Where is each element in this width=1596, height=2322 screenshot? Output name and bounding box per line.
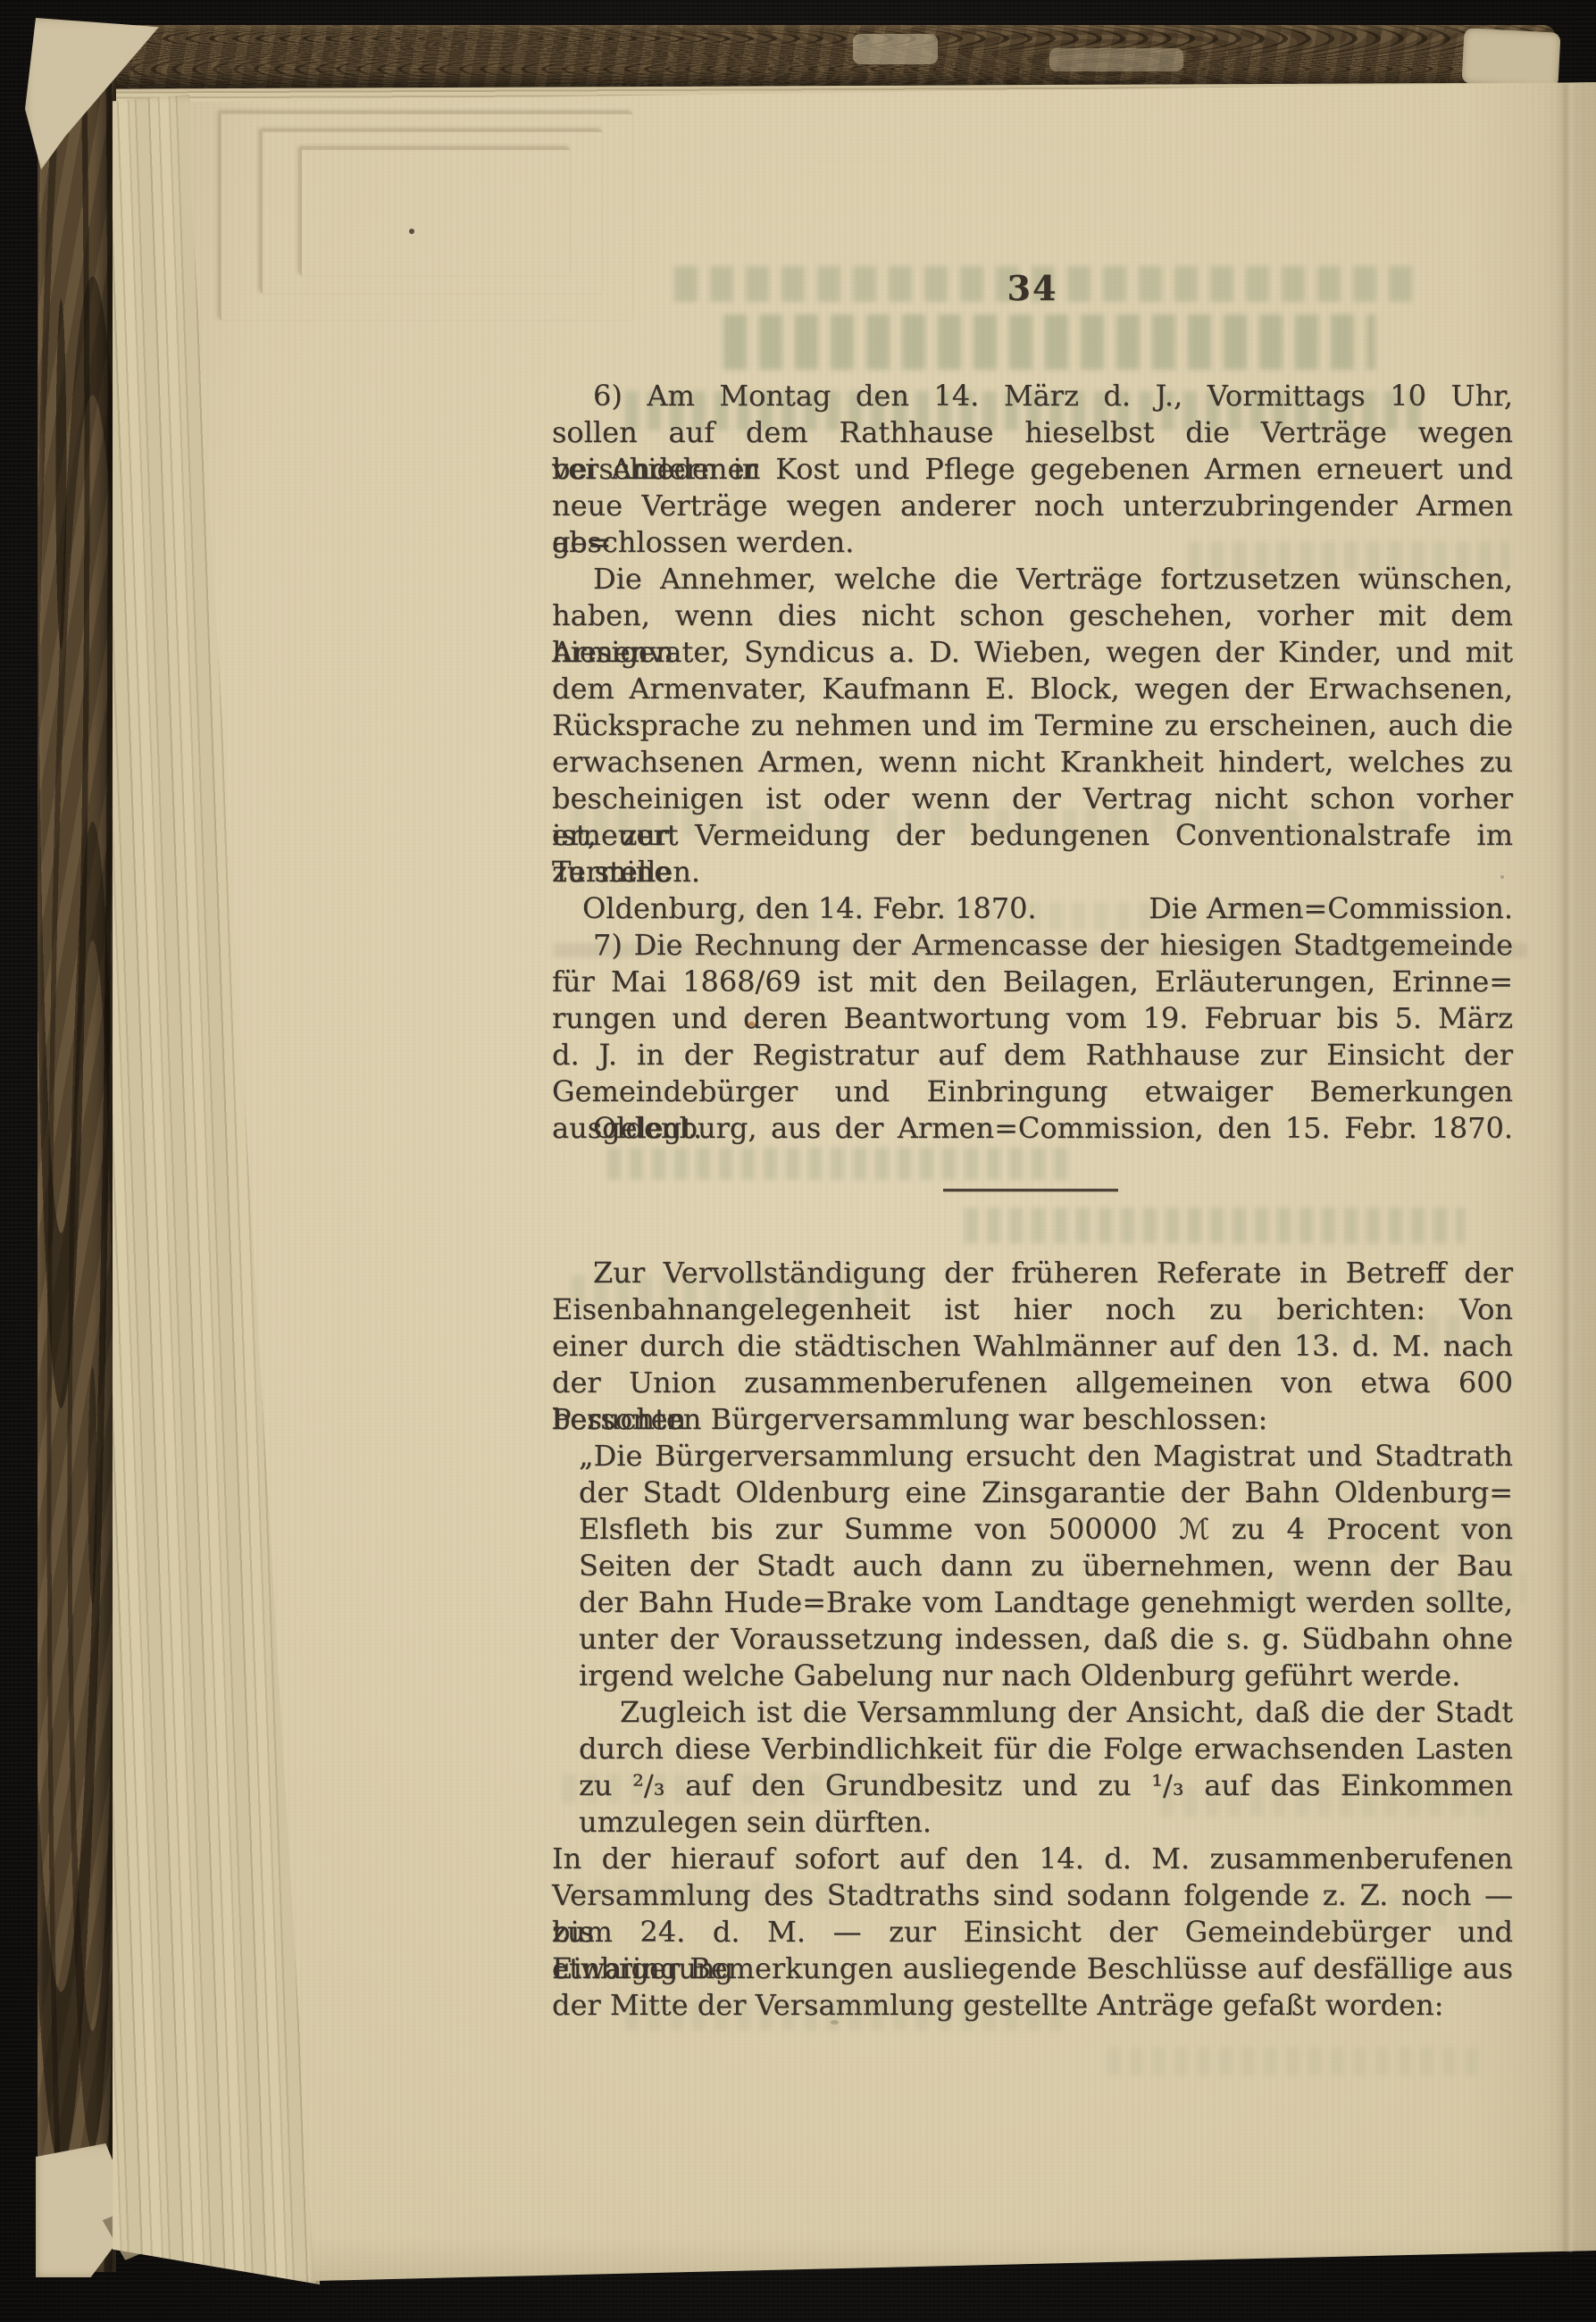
text-line: Zur Vervollständigung der früheren Refer… xyxy=(552,1255,1513,1291)
cover-worn-patch-top-1 xyxy=(853,34,938,64)
cover-worn-patch-top-2 xyxy=(1049,48,1183,71)
bleedthrough-ghost xyxy=(965,1207,1465,1243)
bleedthrough-ghost xyxy=(1107,2047,1483,2076)
page-number: 34 xyxy=(552,268,1513,308)
dateline-signature: Die Armen=Commission. xyxy=(1149,890,1513,927)
text-block-announcements: 6) Am Montag den 14. März d. J., Vormitt… xyxy=(552,378,1513,1147)
text-line: „Die Bürgerversammlung ersucht den Magis… xyxy=(579,1438,1513,1474)
dateline-place-date: Oldenburg, den 14. Febr. 1870. xyxy=(582,890,1037,927)
text-line: Oldenburg, den 14. Febr. 1870.Die Armen=… xyxy=(552,890,1513,927)
text-line: Oldenburg, aus der Armen=Commission, den… xyxy=(552,1110,1513,1147)
text-line: ist, zur Vermeidung der bedungenen Conve… xyxy=(552,817,1513,854)
dust-speck xyxy=(748,1022,755,1026)
scanned-book-photo: 34 6) Am Montag den 14. März d. J., Vorm… xyxy=(0,0,1596,2322)
text-line: In der hierauf sofort auf den 14. d. M. … xyxy=(552,1841,1513,1877)
text-line: geschlossen werden. xyxy=(552,524,1513,561)
text-line: einer durch die städtischen Wahlmänner a… xyxy=(552,1328,1513,1365)
dust-speck xyxy=(1475,1059,1480,1063)
text-line: Seiten der Stadt auch dann zu übernehmen… xyxy=(579,1548,1513,1584)
text-line: der Mitte der Versammlung gestellte Antr… xyxy=(552,1987,1513,2024)
text-line: 7) Die Rechnung der Armencasse der hiesi… xyxy=(552,927,1513,964)
dust-speck xyxy=(409,229,414,234)
section-divider xyxy=(943,1189,1118,1191)
text-line: Armenvater, Syndicus a. D. Wieben, wegen… xyxy=(552,634,1513,671)
text-line: Die Annehmer, welche die Verträge fortzu… xyxy=(552,561,1513,597)
text-line: der Union zusammenberufenen allgemeinen … xyxy=(552,1365,1513,1401)
text-line: neue Verträge wegen anderer noch unterzu… xyxy=(552,488,1513,524)
sheet-edge-ridge xyxy=(300,148,570,275)
text-line: Zugleich ist die Versammlung der Ansicht… xyxy=(579,1694,1513,1731)
page-fold-shadow xyxy=(1558,84,1573,2252)
text-line: Elsfleth bis zur Summe von 500000 ℳ zu 4… xyxy=(579,1511,1513,1548)
text-line: erwachsenen Armen, wenn nicht Krankheit … xyxy=(552,744,1513,781)
cover-worn-patch-top-right xyxy=(1461,28,1560,88)
bleedthrough-ghost xyxy=(607,1148,1072,1180)
text-line: zu ²/₃ auf den Grundbesitz und zu ¹/₃ au… xyxy=(579,1767,1513,1804)
dust-speck xyxy=(1500,875,1504,879)
text-line: Gemeindebürger und Einbringung etwaiger … xyxy=(552,1073,1513,1110)
text-line: umzulegen sein dürften. xyxy=(579,1804,1513,1841)
text-line: d. J. in der Registratur auf dem Rathhau… xyxy=(552,1037,1513,1073)
bleedthrough-ghost xyxy=(723,314,1375,370)
text-line: bei Andern in Kost und Pflege gegebenen … xyxy=(552,451,1513,488)
text-line: Rücksprache zu nehmen und im Termine zu … xyxy=(552,707,1513,744)
text-line: zum 24. d. M. — zur Einsicht der Gemeind… xyxy=(552,1914,1513,1950)
text-line: der Bahn Hude=Brake vom Landtage genehmi… xyxy=(579,1584,1513,1621)
text-line: haben, wenn dies nicht schon geschehen, … xyxy=(552,597,1513,634)
text-line: rungen und deren Beantwortung vom 19. Fe… xyxy=(552,1000,1513,1037)
text-line: dem Armenvater, Kaufmann E. Block, wegen… xyxy=(552,671,1513,707)
text-line: besuchten Bürgerversammlung war beschlos… xyxy=(552,1401,1513,1438)
text-line: 6) Am Montag den 14. März d. J., Vormitt… xyxy=(552,378,1513,414)
dust-speck xyxy=(831,2020,839,2025)
text-line: etwaiger Bemerkungen ausliegende Beschlü… xyxy=(552,1950,1513,1987)
text-line: für Mai 1868/69 ist mit den Beilagen, Er… xyxy=(552,964,1513,1000)
text-line: zu stellen. xyxy=(552,854,1513,890)
text-line: unter der Voraussetzung indessen, daß di… xyxy=(579,1621,1513,1658)
text-line: durch diese Verbindlichkeit für die Folg… xyxy=(579,1731,1513,1767)
text-line: sollen auf dem Rathhause hieselbst die V… xyxy=(552,414,1513,451)
book-cover-spine-edge xyxy=(38,25,116,2272)
text-line: Versammlung des Stadtraths sind sodann f… xyxy=(552,1877,1513,1914)
text-line: irgend welche Gabelung nur nach Oldenbur… xyxy=(579,1658,1513,1694)
text-line: bescheinigen ist oder wenn der Vertrag n… xyxy=(552,781,1513,817)
text-line: der Stadt Oldenburg eine Zinsgarantie de… xyxy=(579,1474,1513,1511)
text-block-railway-report: Zur Vervollständigung der früheren Refer… xyxy=(552,1255,1513,2024)
text-line: Eisenbahnangelegenheit ist hier noch zu … xyxy=(552,1291,1513,1328)
book-cover-top-edge xyxy=(38,25,1556,93)
